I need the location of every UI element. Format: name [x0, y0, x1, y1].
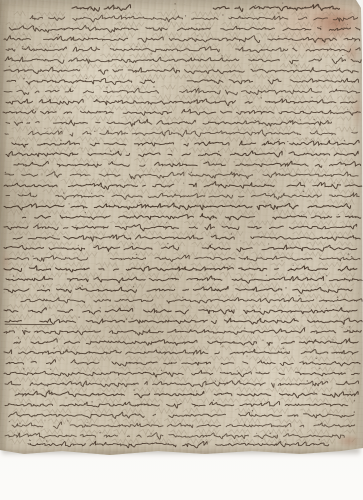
scan-background	[0, 0, 363, 500]
handwriting-ink	[0, 0, 363, 456]
letter-page	[0, 0, 363, 456]
